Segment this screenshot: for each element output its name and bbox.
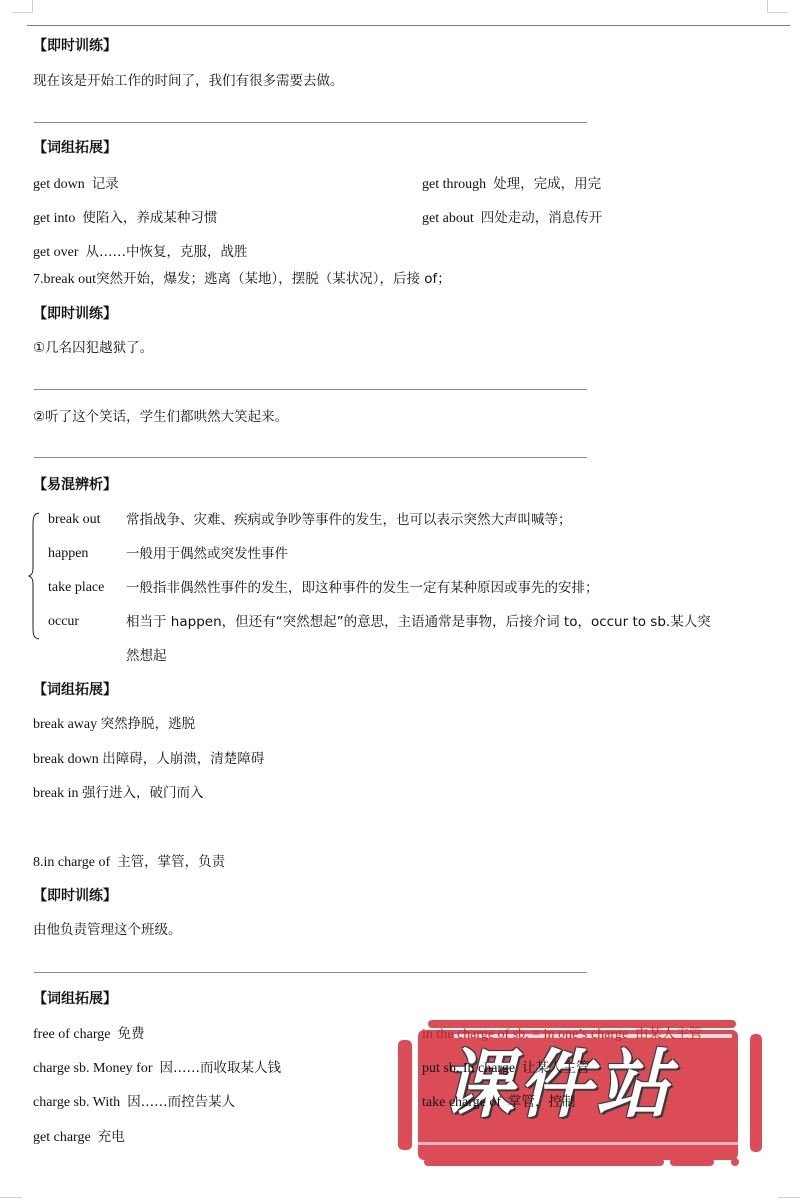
- phrase: take charge of: [422, 1095, 501, 1110]
- phrase-item: break in 强行进入，破门而入: [33, 784, 203, 803]
- header-divider: [27, 25, 790, 26]
- confusable-explanation-continued: 然想起: [126, 647, 167, 665]
- answer-line[interactable]: [34, 389, 587, 390]
- phrase: free of charge: [33, 1027, 110, 1042]
- phrase-item: break down 出障碍，人崩溃，清楚障碍: [33, 750, 264, 769]
- phrase-item: charge sb. Money for 因……而收取某人钱: [33, 1059, 281, 1078]
- section-heading: 【易混辨析】: [33, 476, 117, 494]
- phrase-meaning: 出障碍，人崩溃，清楚障碍: [102, 751, 264, 767]
- section-heading: 【词组拓展】: [33, 139, 117, 157]
- vocab-entry-8: 8.in charge of 主管，掌管，负责: [33, 853, 225, 872]
- phrase: break down: [33, 752, 99, 767]
- phrase: break in: [33, 786, 78, 801]
- exercise-sentence: 由他负责管理这个班级。: [33, 921, 182, 939]
- phrase-item: put sb. In charge 让某人主管: [422, 1059, 590, 1078]
- phrase-item: get charge 充电: [33, 1128, 125, 1147]
- phrase-item: take charge of 掌管，控制: [422, 1093, 576, 1112]
- confusable-term: break out: [48, 511, 100, 529]
- phrase-meaning: 让某人主管: [522, 1060, 590, 1076]
- confusable-explanation: 相当于 happen，但还有“突然想起”的意思，主语通常是事物，后接介词 to，…: [126, 613, 711, 631]
- confusable-explanation: 一般指非偶然性事件的发生，即这种事件的发生一定有某种原因或事先的安排；: [126, 579, 599, 597]
- confusable-term: happen: [48, 545, 88, 563]
- phrase-meaning: 免费: [117, 1026, 144, 1042]
- confusable-term: occur: [48, 613, 79, 631]
- phrase: get over: [33, 245, 78, 260]
- brace-icon: [28, 512, 40, 640]
- phrase-meaning: 突然挣脱，逃脱: [101, 716, 196, 732]
- phrase-meaning: 强行进入，破门而入: [82, 785, 204, 801]
- entry-definition: 突然开始，爆发；逃离（某地），摆脱（某状况），后接 of；: [96, 271, 451, 287]
- vocab-entry-7: 7.break out突然开始，爆发；逃离（某地），摆脱（某状况），后接 of；: [33, 270, 451, 289]
- phrase-item: get over 从……中恢复，克服，战胜: [33, 243, 247, 262]
- entry-title: 7.break out: [33, 272, 96, 287]
- page-corner-mark: [767, 0, 788, 13]
- phrase: charge sb. With: [33, 1095, 120, 1110]
- answer-line[interactable]: [34, 972, 587, 973]
- phrase: get into: [33, 211, 75, 226]
- phrase-meaning: 因……而控告某人: [127, 1094, 235, 1110]
- phrase-item: free of charge 免费: [33, 1025, 144, 1044]
- phrase-item: get down 记录: [33, 175, 119, 194]
- phrase-meaning: 因……而收取某人钱: [160, 1060, 282, 1076]
- phrase-meaning: 掌管，控制: [508, 1094, 576, 1110]
- confusable-term: take place: [48, 579, 104, 597]
- phrase-meaning: 使陷入，养成某种习惯: [82, 210, 217, 226]
- phrase: get down: [33, 177, 85, 192]
- exercise-question-2: ②听了这个笑话，学生们都哄然大笑起来。: [33, 408, 288, 426]
- phrase-item: get about 四处走动，消息传开: [422, 209, 602, 228]
- phrase-item: get through 处理，完成，用完: [422, 175, 601, 194]
- entry-title: 8.in charge of: [33, 855, 110, 870]
- phrase-meaning: 处理，完成，用完: [493, 176, 601, 192]
- phrase: get through: [422, 177, 486, 192]
- watermark-text: 课件站: [440, 1040, 740, 1130]
- phrase-meaning: 从……中恢复，克服，战胜: [85, 244, 247, 260]
- phrase-item: get into 使陷入，养成某种习惯: [33, 209, 217, 228]
- section-heading: 【即时训练】: [33, 37, 117, 55]
- answer-line[interactable]: [34, 122, 587, 123]
- confusable-explanation: 一般用于偶然或突发性事件: [126, 545, 288, 563]
- phrase: break away: [33, 717, 97, 732]
- phrase-item: break away 突然挣脱，逃脱: [33, 715, 195, 734]
- section-heading: 【词组拓展】: [33, 681, 117, 699]
- phrase-item: charge sb. With 因……而控告某人: [33, 1093, 235, 1112]
- phrase-meaning: 四处走动，消息传开: [481, 210, 603, 226]
- confusable-explanation: 常指战争、灾难、疾病或争吵等事件的发生，也可以表示突然大声叫喊等；: [126, 511, 572, 529]
- answer-line[interactable]: [34, 457, 587, 458]
- section-heading: 【即时训练】: [33, 305, 117, 323]
- phrase: get about: [422, 211, 474, 226]
- exercise-question-1: ①几名囚犯越狱了。: [33, 339, 153, 357]
- exercise-sentence: 现在该是开始工作的时间了，我们有很多需要去做。: [33, 72, 344, 90]
- page-corner-mark: [12, 0, 33, 13]
- phrase-meaning: 充电: [98, 1129, 125, 1145]
- phrase-meaning: 记录: [92, 176, 119, 192]
- section-heading: 【词组拓展】: [33, 990, 117, 1008]
- phrase: get charge: [33, 1130, 91, 1145]
- phrase: charge sb. Money for: [33, 1061, 153, 1076]
- section-heading: 【即时训练】: [33, 887, 117, 905]
- entry-definition: 主管，掌管，负责: [117, 854, 225, 870]
- phrase: put sb. In charge: [422, 1061, 515, 1076]
